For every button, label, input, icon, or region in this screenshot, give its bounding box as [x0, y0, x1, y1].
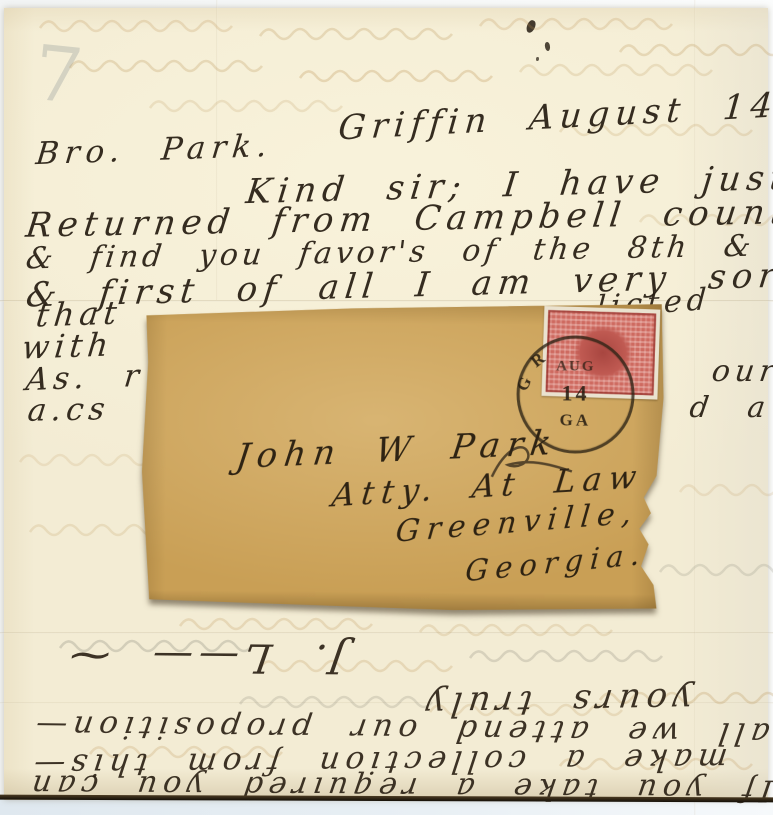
envelope: John W Park Atty. At Law Greenville, Geo…: [139, 300, 666, 617]
letter-fragment-right: d a: [688, 392, 772, 422]
postmark-day: 14: [519, 380, 631, 407]
envelope-address-line: Georgia.: [464, 536, 648, 588]
postmark-state: GA: [519, 410, 631, 431]
inverted-signature: J. L—— ⁓: [61, 633, 349, 681]
postmark-month: AUG: [520, 358, 632, 376]
letter-fragment-right: our: [710, 356, 773, 388]
pen-flourish: [488, 437, 578, 488]
letter-fragment-left: a.cs: [26, 393, 112, 427]
scanned-letter-image: 7 Griffin August 14/62 Bro. Park. Kind s…: [0, 0, 773, 815]
corner-mark: 7: [29, 28, 86, 122]
letter-salutation: Bro. Park.: [34, 130, 274, 171]
